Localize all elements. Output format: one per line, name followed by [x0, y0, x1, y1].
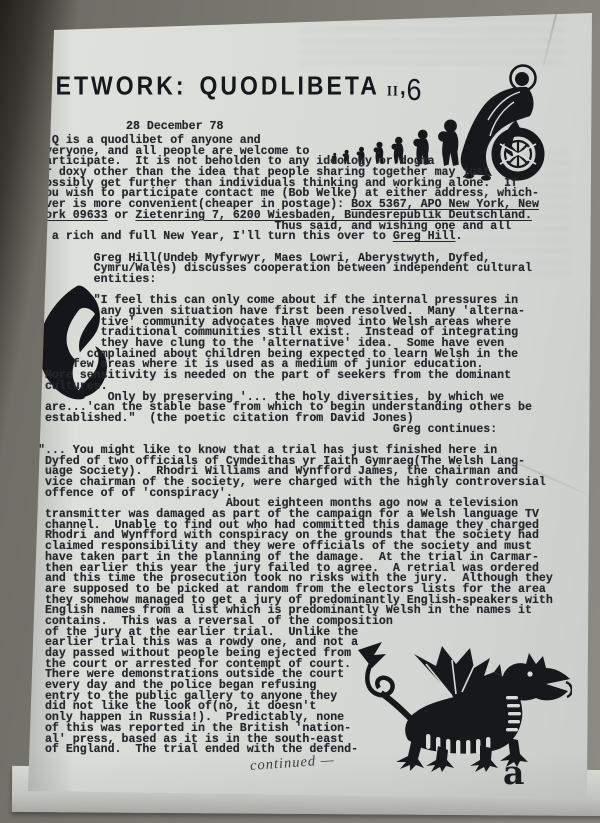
- title-network: NETWORK:: [36, 71, 186, 101]
- welsh-dragon-woodcut: [352, 638, 572, 773]
- text-line: entities:: [38, 275, 553, 286]
- newsletter-page: NETWORK: QUODLIBETA II , 6: [0, 0, 600, 823]
- text-line: a rich and full New Year, I'll turn this…: [38, 232, 553, 243]
- photographed-newsletter-page: NETWORK: QUODLIBETA II , 6: [0, 0, 600, 823]
- text-line: Greg continues:: [38, 425, 553, 436]
- bleed-through-smudge: [300, 6, 565, 64]
- page-letter: a: [503, 753, 524, 792]
- text-line: More sensitivity is needed on the part o…: [38, 371, 553, 382]
- dateline: 28 December 78: [126, 120, 223, 133]
